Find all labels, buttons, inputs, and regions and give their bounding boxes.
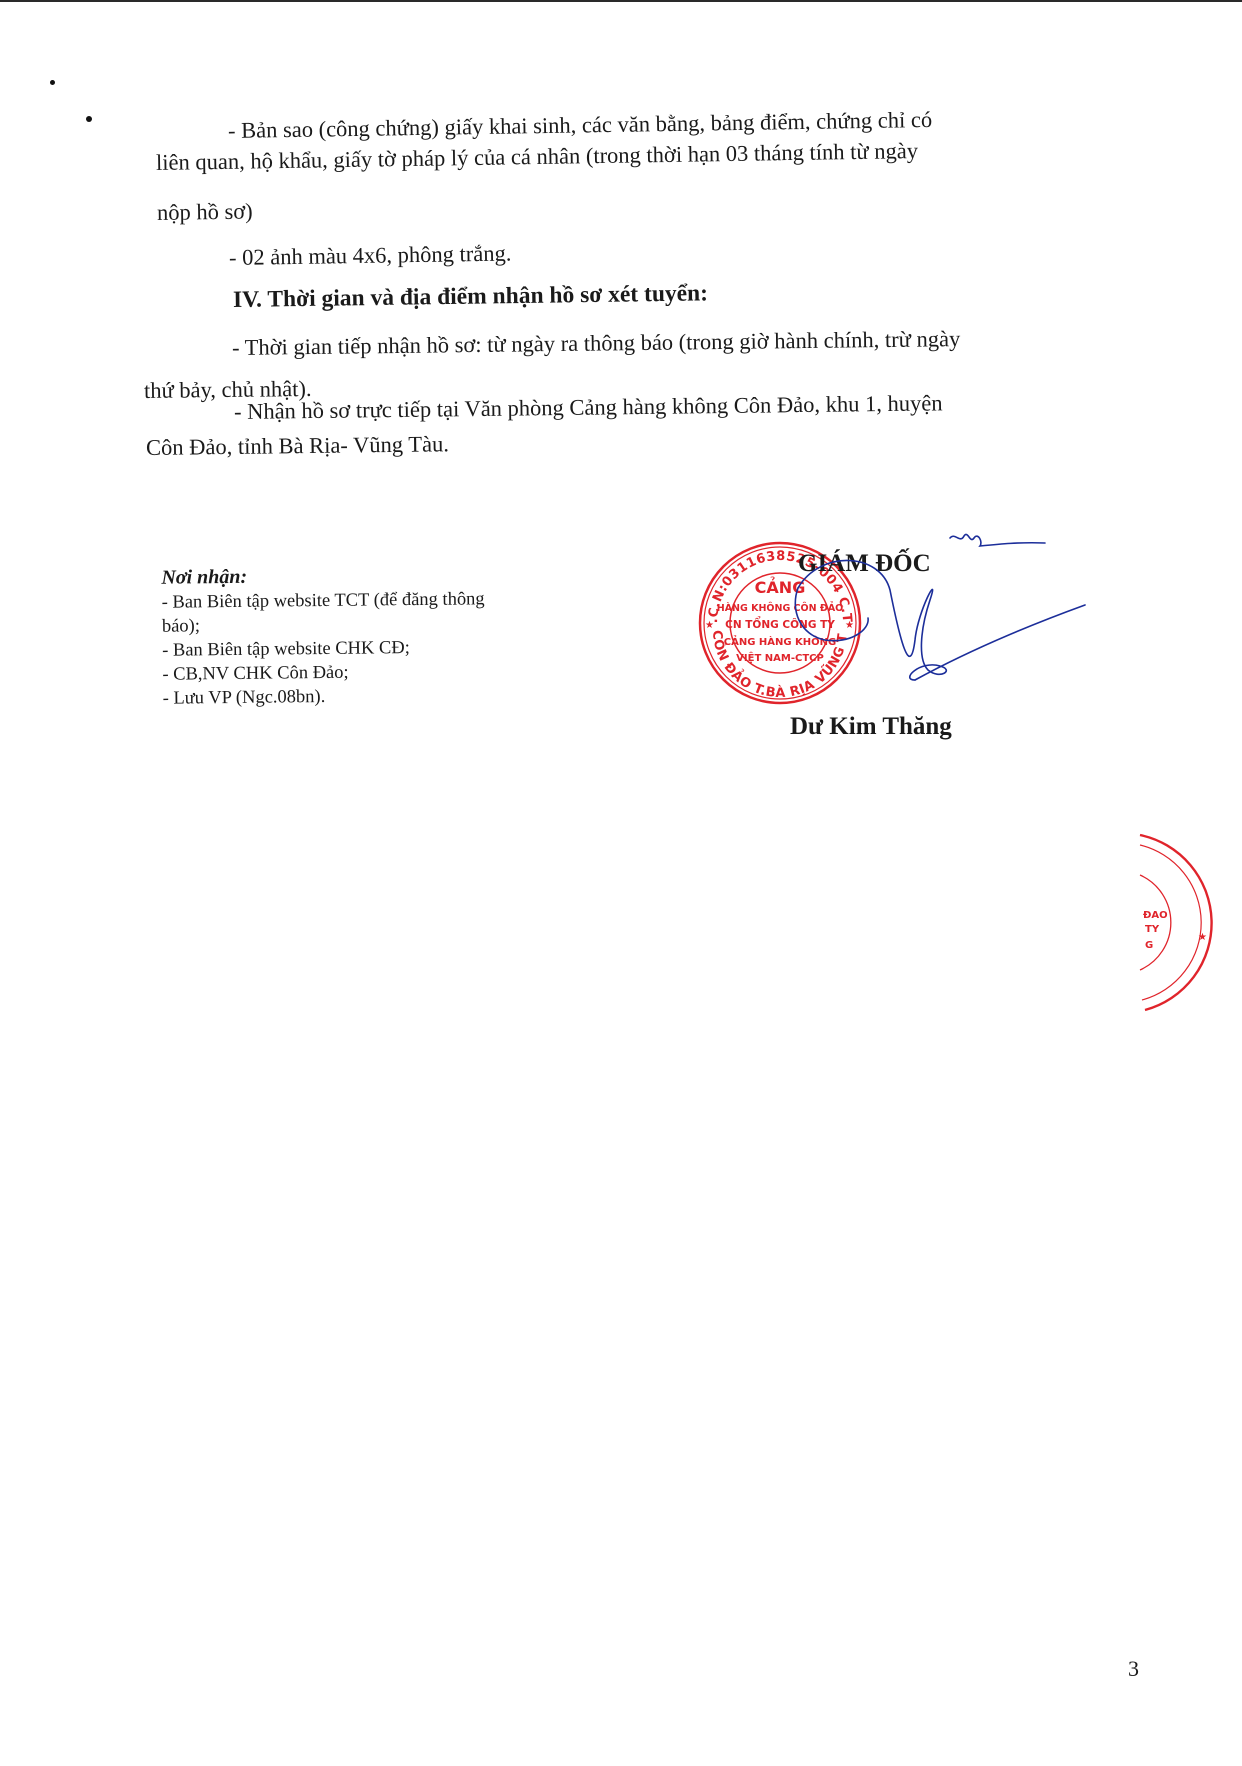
svg-text:TY: TY	[1145, 924, 1160, 935]
star-icon: ★	[705, 620, 714, 631]
svg-text:G: G	[1145, 940, 1153, 951]
svg-text:★: ★	[1198, 932, 1207, 943]
scan-dot	[50, 80, 55, 85]
signatory-name: Dư Kim Thăng	[790, 713, 952, 741]
section-heading: IV. Thời gian và địa điểm nhận hồ sơ xét…	[233, 282, 708, 312]
paragraph-line: Côn Đảo, tỉnh Bà Rịa- Vũng Tàu.	[146, 433, 449, 459]
recipient-item: báo);	[162, 611, 485, 638]
recipients-title: Nơi nhận:	[161, 561, 484, 590]
paragraph-line: - Bản sao (công chứng) giấy khai sinh, c…	[228, 109, 932, 143]
recipient-item: - Ban Biên tập website TCT (để đăng thôn…	[162, 587, 485, 614]
partial-stamp-edge: ĐAO TY G ★	[1140, 830, 1230, 1010]
recipient-item: - Lưu VP (Ngc.08bn).	[163, 683, 486, 710]
paragraph-line: - Nhận hồ sơ trực tiếp tại Văn phòng Cản…	[234, 392, 943, 423]
paragraph-line: liên quan, hộ khẩu, giấy tờ pháp lý của …	[156, 140, 918, 174]
paragraph-line: - Thời gian tiếp nhận hồ sơ: từ ngày ra …	[232, 328, 961, 359]
page-number: 3	[1128, 1656, 1139, 1682]
recipient-item: - CB,NV CHK Côn Đảo;	[162, 659, 485, 686]
recipient-item: - Ban Biên tập website CHK CĐ;	[162, 635, 485, 662]
scan-dot	[86, 116, 92, 122]
svg-text:ĐAO: ĐAO	[1143, 910, 1168, 921]
recipients-block: Nơi nhận: - Ban Biên tập website TCT (để…	[161, 561, 486, 710]
handwritten-signature	[780, 530, 1100, 690]
paragraph-line: nộp hồ sơ)	[157, 200, 253, 224]
scan-top-edge	[0, 0, 1242, 2]
paragraph-line: - 02 ảnh màu 4x6, phông trắng.	[229, 243, 512, 270]
